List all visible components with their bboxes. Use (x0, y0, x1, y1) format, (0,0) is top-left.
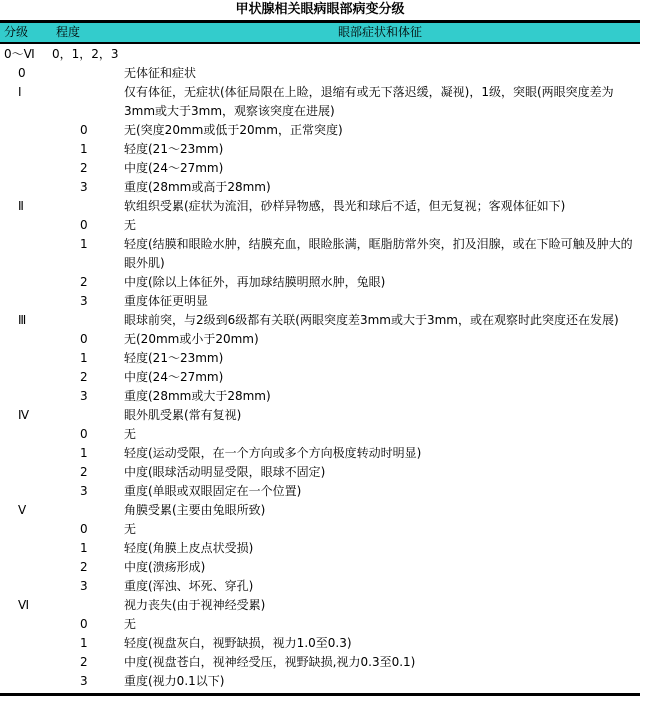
row-degree: 3 (80, 577, 88, 596)
table-row: 0无 (0, 425, 640, 444)
header-grade: 分级 (4, 23, 28, 42)
header-degree: 程度 (56, 23, 80, 42)
row-description: 重度(单眼或双眼固定在一个位置) (124, 482, 636, 501)
row-description: 无(20mm或小于20mm) (124, 330, 636, 349)
row-grade: Ⅰ (18, 83, 22, 102)
row-degree: 1 (80, 444, 88, 463)
table-row: 0无(突度20mm或低于20mm，正常突度) (0, 121, 640, 140)
row-degree: 1 (80, 634, 88, 653)
row-description: 轻度(21～23mm) (124, 349, 636, 368)
table-row: 3重度(28mm或大于28mm) (0, 387, 640, 406)
row-description: 无 (124, 615, 636, 634)
row-description: 中度(溃疡形成) (124, 558, 636, 577)
table-row: 1轻度(结膜和眼睑水肿，结膜充血，眼睑胀满，眶脂肪常外突，扪及泪腺，或在下睑可触… (0, 235, 640, 273)
table-row: Ⅴ角膜受累(主要由兔眼所致) (0, 501, 640, 520)
row-description: 中度(视盘苍白，视神经受压，视野缺损,视力0.3至0.1) (124, 653, 636, 672)
row-grade: 0～Ⅵ (4, 45, 35, 64)
table-row: 3重度(浑浊、坏死、穿孔) (0, 577, 640, 596)
row-degree: 2 (80, 159, 88, 178)
table-row: 0无 (0, 615, 640, 634)
table-row: 2中度(除以上体征外，再加球结膜明照水肿，兔眼) (0, 273, 640, 292)
table-row: Ⅳ眼外肌受累(常有复视) (0, 406, 640, 425)
table-row: 3重度体征更明显 (0, 292, 640, 311)
row-degree: 2 (80, 368, 88, 387)
row-degree: 3 (80, 672, 88, 691)
row-description: 中度(24～27mm) (124, 368, 636, 387)
header-description: 眼部症状和体征 (120, 23, 640, 42)
table-row: Ⅵ视力丧失(由于视神经受累) (0, 596, 640, 615)
row-degree: 1 (80, 349, 88, 368)
row-description: 无 (124, 425, 636, 444)
row-degree: 3 (80, 482, 88, 501)
row-description: 眼外肌受累(常有复视) (124, 406, 636, 425)
row-degree: 1 (80, 140, 88, 159)
table-row: 1轻度(运动受限，在一个方向或多个方向极度转动时明显) (0, 444, 640, 463)
table-row: 2中度(溃疡形成) (0, 558, 640, 577)
table-row: 0无 (0, 216, 640, 235)
row-description: 轻度(结膜和眼睑水肿，结膜充血，眼睑胀满，眶脂肪常外突，扪及泪腺，或在下睑可触及… (124, 235, 636, 273)
row-description: 中度(24～27mm) (124, 159, 636, 178)
row-grade: Ⅴ (18, 501, 26, 520)
row-grade: 0 (18, 64, 26, 83)
row-grade: Ⅲ (18, 311, 26, 330)
table-row: 3重度(单眼或双眼固定在一个位置) (0, 482, 640, 501)
row-description: 无体征和症状 (124, 64, 636, 83)
row-description: 无 (124, 216, 636, 235)
table-row: 0无体征和症状 (0, 64, 640, 83)
row-degree: 1 (80, 539, 88, 558)
row-description: 无 (124, 520, 636, 539)
table-row: 2中度(24～27mm) (0, 368, 640, 387)
table-row: 0无 (0, 520, 640, 539)
row-description: 视力丧失(由于视神经受累) (124, 596, 636, 615)
row-description: 轻度(角膜上皮点状受损) (124, 539, 636, 558)
table-row: 3重度(视力0.1以下) (0, 672, 640, 691)
row-degree: 0 (80, 615, 88, 634)
table-row: 3重度(28mm或高于28mm) (0, 178, 640, 197)
row-description: 角膜受累(主要由兔眼所致) (124, 501, 636, 520)
row-description: 轻度(视盘灰白，视野缺损，视力1.0至0.3) (124, 634, 636, 653)
table-row: 1轻度(角膜上皮点状受损) (0, 539, 640, 558)
table-title: 甲状腺相关眼病眼部病变分级 (0, 2, 640, 18)
table-row: 2中度(眼球活动明显受限，眼球不固定) (0, 463, 640, 482)
table-row: Ⅱ软组织受累(症状为流泪，砂样异物感，畏光和球后不适，但无复视；客观体征如下) (0, 197, 640, 216)
row-degree: 0，1，2，3 (52, 45, 119, 64)
row-description: 重度(28mm或大于28mm) (124, 387, 636, 406)
table-row: 1轻度(21～23mm) (0, 140, 640, 159)
row-description: 中度(眼球活动明显受限，眼球不固定) (124, 463, 636, 482)
row-degree: 3 (80, 178, 88, 197)
row-degree: 2 (80, 653, 88, 672)
row-description: 中度(除以上体征外，再加球结膜明照水肿，兔眼) (124, 273, 636, 292)
row-degree: 1 (80, 235, 88, 254)
row-degree: 3 (80, 387, 88, 406)
row-description: 轻度(21～23mm) (124, 140, 636, 159)
row-description: 仅有体征，无症状(体征局限在上睑，退缩有或无下落迟缓，凝视)，1级，突眼(两眼突… (124, 83, 636, 121)
row-description: 重度体征更明显 (124, 292, 636, 311)
row-description: 重度(28mm或高于28mm) (124, 178, 636, 197)
row-degree: 2 (80, 273, 88, 292)
row-description: 眼球前突，与2级到6级都有关联(两眼突度差3mm或大于3mm，或在观察时此突度还… (124, 311, 636, 330)
table-row: 1轻度(视盘灰白，视野缺损，视力1.0至0.3) (0, 634, 640, 653)
row-description: 软组织受累(症状为流泪，砂样异物感，畏光和球后不适，但无复视；客观体征如下) (124, 197, 636, 216)
table-row: Ⅲ眼球前突，与2级到6级都有关联(两眼突度差3mm或大于3mm，或在观察时此突度… (0, 311, 640, 330)
row-degree: 0 (80, 216, 88, 235)
row-grade: Ⅱ (18, 197, 24, 216)
table-row: 0～Ⅵ0，1，2，3 (0, 45, 640, 64)
table-row: 2中度(24～27mm) (0, 159, 640, 178)
table-header: 分级 程度 眼部症状和体征 (0, 23, 640, 44)
table-row: 1轻度(21～23mm) (0, 349, 640, 368)
row-degree: 2 (80, 463, 88, 482)
row-degree: 0 (80, 520, 88, 539)
row-degree: 0 (80, 425, 88, 444)
grading-table: 分级 程度 眼部症状和体征 0～Ⅵ0，1，2，30无体征和症状Ⅰ仅有体征，无症状… (0, 20, 640, 696)
row-grade: Ⅳ (18, 406, 29, 425)
row-description: 无(突度20mm或低于20mm，正常突度) (124, 121, 636, 140)
row-grade: Ⅵ (18, 596, 29, 615)
row-degree: 3 (80, 292, 88, 311)
table-body: 0～Ⅵ0，1，2，30无体征和症状Ⅰ仅有体征，无症状(体征局限在上睑，退缩有或无… (0, 44, 640, 693)
row-degree: 2 (80, 558, 88, 577)
row-description: 轻度(运动受限，在一个方向或多个方向极度转动时明显) (124, 444, 636, 463)
table-row: 0无(20mm或小于20mm) (0, 330, 640, 349)
table-row: 2中度(视盘苍白，视神经受压，视野缺损,视力0.3至0.1) (0, 653, 640, 672)
row-description: 重度(视力0.1以下) (124, 672, 636, 691)
table-row: Ⅰ仅有体征，无症状(体征局限在上睑，退缩有或无下落迟缓，凝视)，1级，突眼(两眼… (0, 83, 640, 121)
row-degree: 0 (80, 330, 88, 349)
row-description: 重度(浑浊、坏死、穿孔) (124, 577, 636, 596)
row-degree: 0 (80, 121, 88, 140)
